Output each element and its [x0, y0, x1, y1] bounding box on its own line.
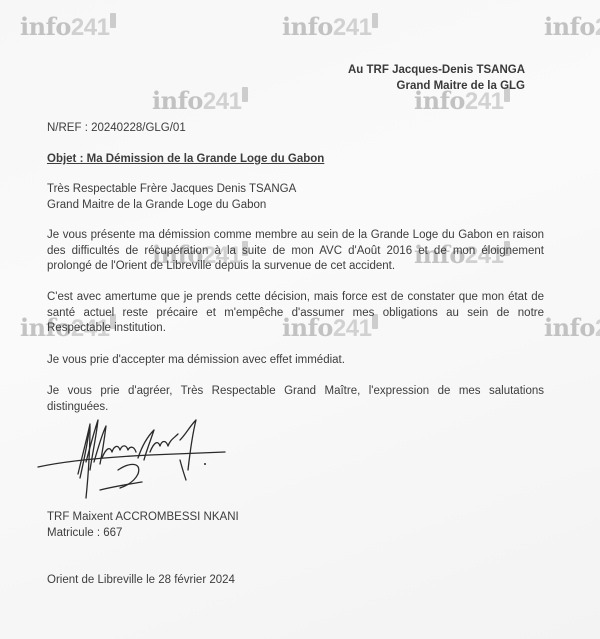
body-paragraph-1: Je vous présente ma démission comme memb…: [47, 228, 544, 275]
watermark-number: 241: [333, 14, 372, 41]
watermark-tag-icon: [242, 87, 248, 102]
place-and-date: Orient de Libreville le 28 février 2024: [47, 573, 235, 589]
watermark-logo: info241: [544, 12, 600, 42]
watermark-number: 241: [595, 315, 600, 342]
watermark-brand: info: [152, 86, 203, 115]
watermark-logo: info241: [282, 12, 378, 42]
watermark-logo: info241: [152, 86, 248, 116]
recipient-name: Au TRF Jacques-Denis TSANGA: [348, 62, 525, 78]
watermark-brand: info: [20, 12, 71, 41]
subject-line: Objet : Ma Démission de la Grande Loge d…: [47, 152, 324, 168]
watermark-logo: info241: [20, 12, 116, 42]
salutation-block: Très Respectable Frère Jacques Denis TSA…: [47, 182, 296, 213]
watermark-number: 241: [595, 14, 600, 41]
watermark-number: 241: [71, 14, 110, 41]
body-paragraph-2: C'est avec amertume que je prends cette …: [47, 290, 544, 337]
watermark-brand: info: [544, 12, 595, 41]
watermark-brand: info: [282, 12, 333, 41]
watermark-brand: info: [544, 313, 595, 342]
signature-icon: [30, 412, 240, 502]
salutation-title: Grand Maitre de la Grande Loge du Gabon: [47, 198, 296, 214]
watermark-tag-icon: [110, 13, 116, 28]
letter-page: info241 info241 info241 info241 info241 …: [0, 0, 600, 639]
reference-number: N/REF : 20240228/GLG/01: [47, 121, 186, 137]
recipient-title: Grand Maitre de la GLG: [348, 78, 525, 94]
salutation-name: Très Respectable Frère Jacques Denis TSA…: [47, 182, 296, 198]
watermark-logo: info241: [544, 313, 600, 343]
watermark-tag-icon: [372, 13, 378, 28]
body-paragraph-3: Je vous prie d'accepter ma démission ave…: [47, 353, 544, 369]
recipient-block: Au TRF Jacques-Denis TSANGA Grand Maitre…: [348, 62, 525, 94]
watermark-number: 241: [203, 88, 242, 115]
signatory-name: TRF Maixent ACCROMBESSI NKANI: [47, 510, 239, 526]
body-paragraph-4: Je vous prie d'agréer, Très Respectable …: [47, 384, 544, 415]
signatory-matricule: Matricule : 667: [47, 526, 122, 542]
